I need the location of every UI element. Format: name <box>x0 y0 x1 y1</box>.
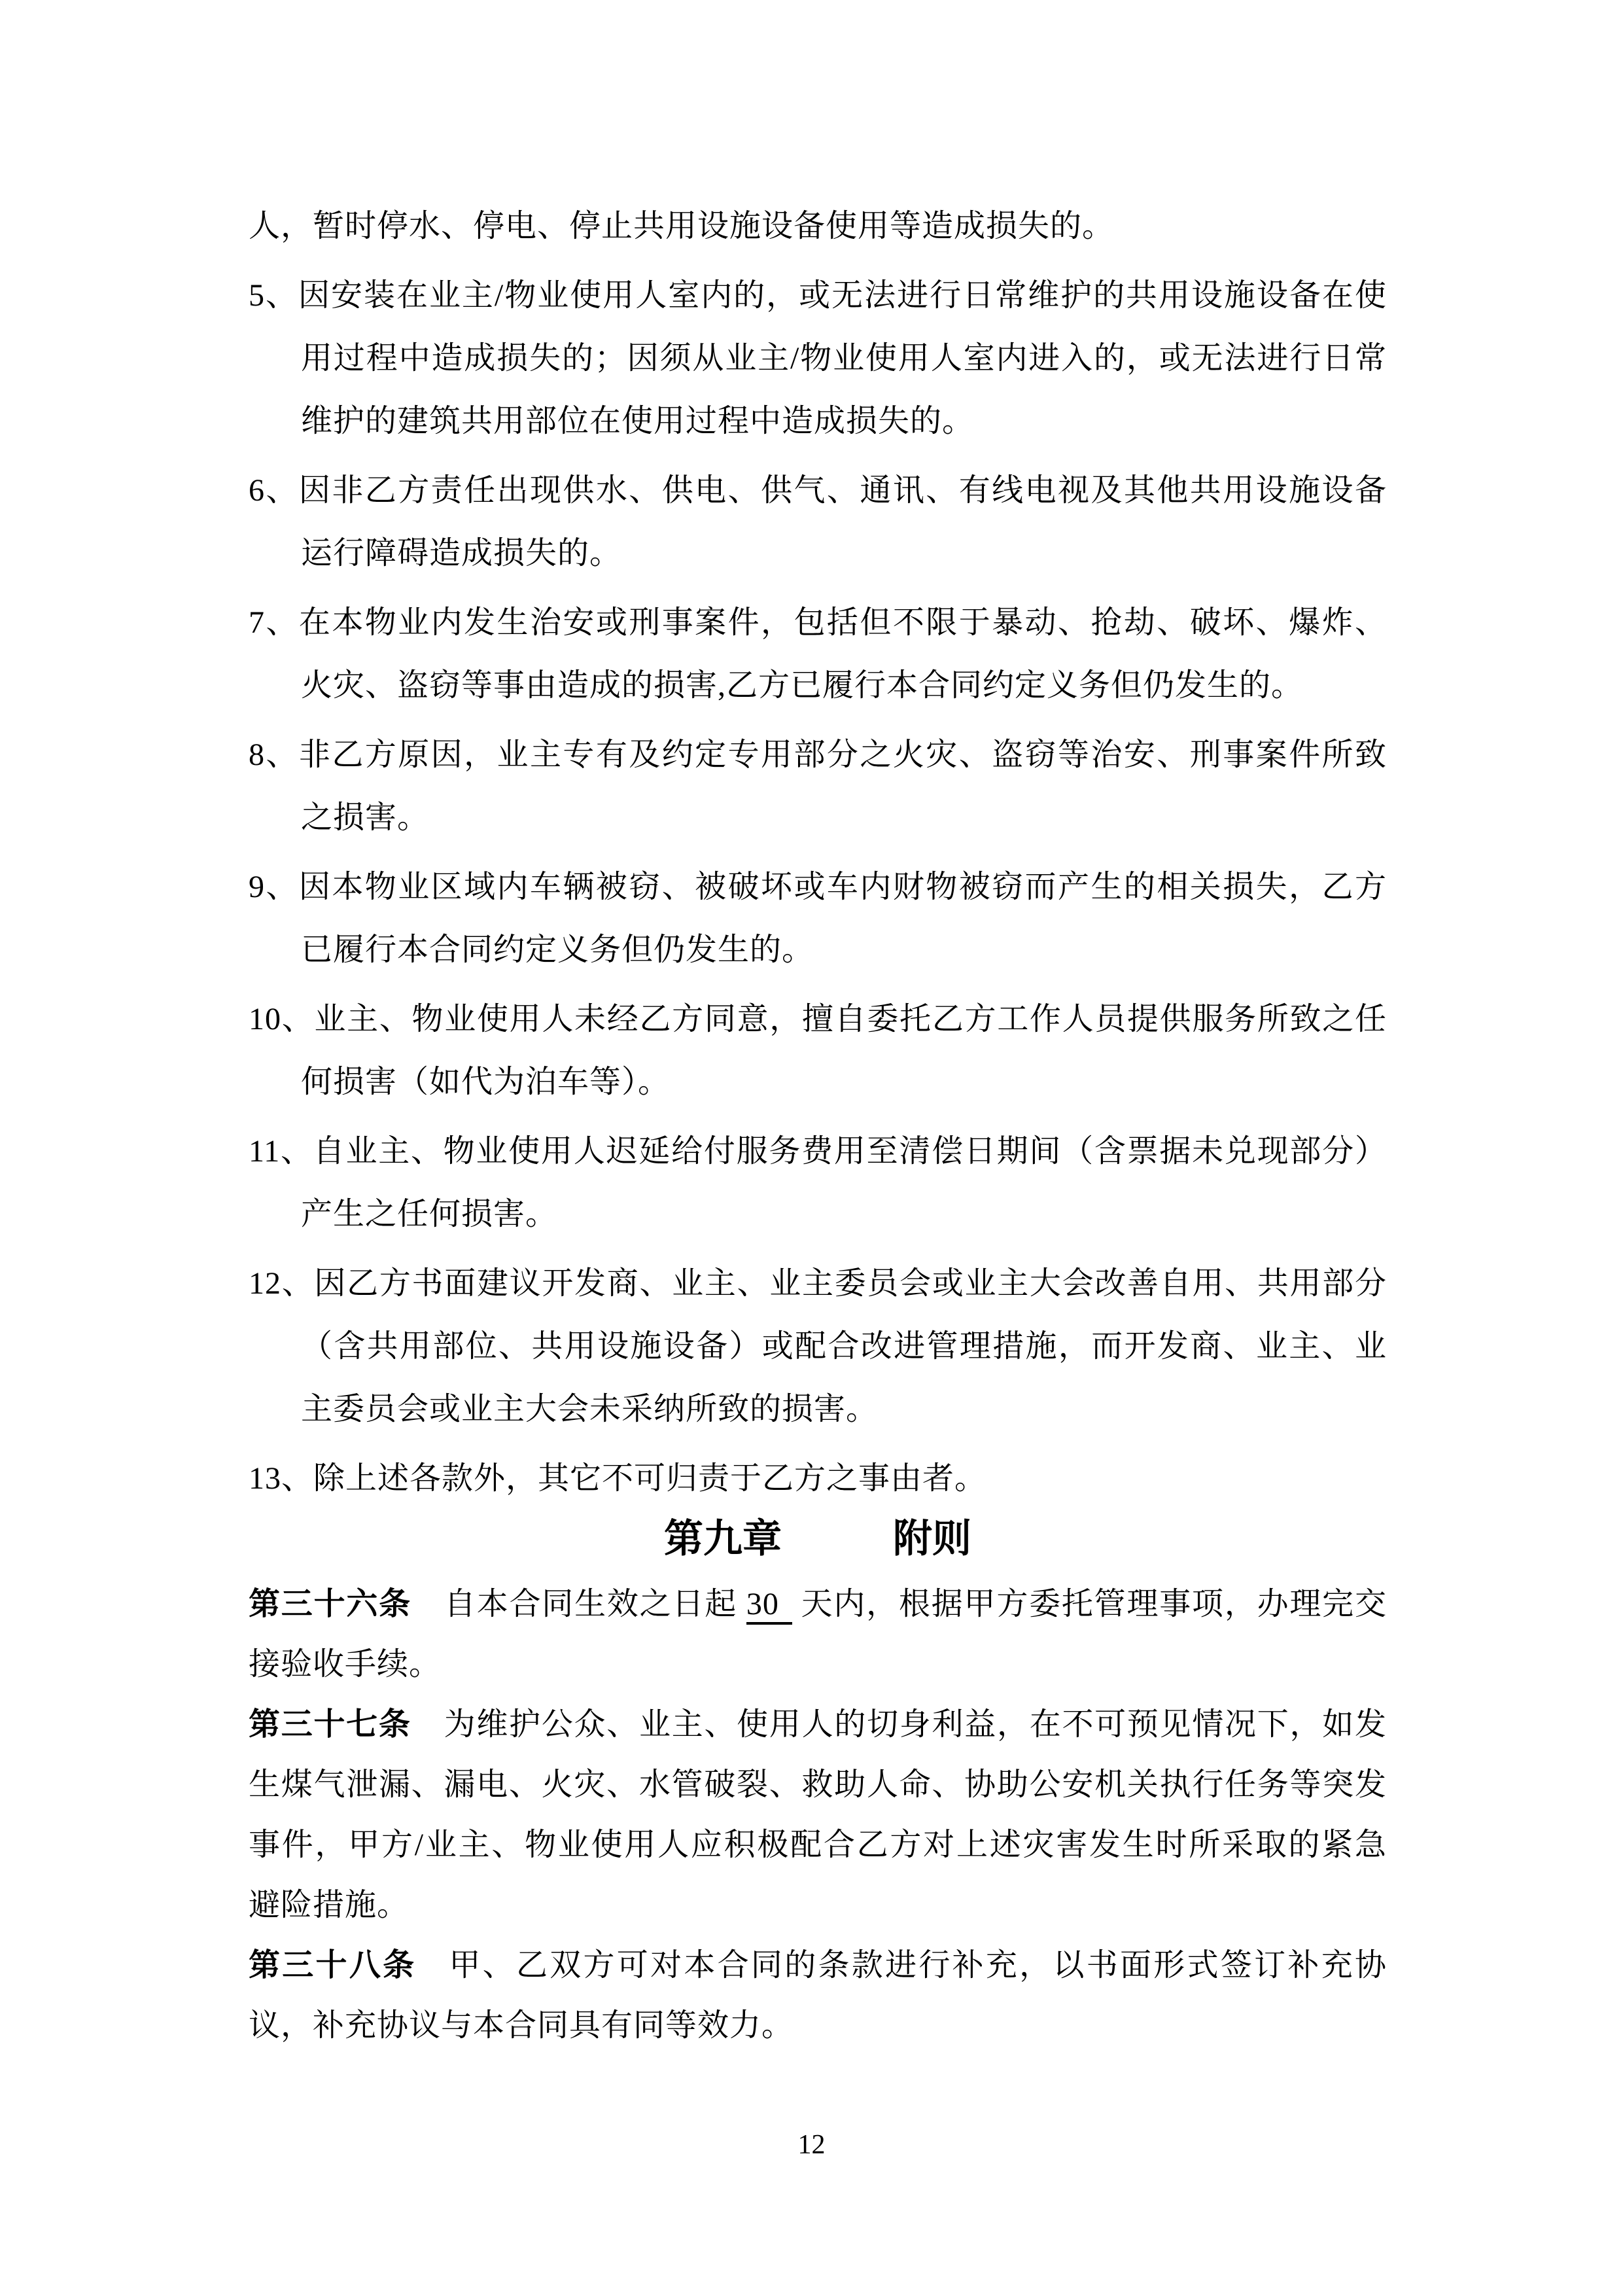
chapter-heading-text: 第九章 <box>664 1517 782 1561</box>
list-item: 13、除上述各款外，其它不可归责于乙方之事由者。 <box>249 1447 1387 1510</box>
article-paragraph: 第三十六条自本合同生效之日起 30 天内，根据甲方委托管理事项，办理完交接验收手… <box>249 1574 1387 1695</box>
text-segment: 避险措施。 <box>249 1888 409 1922</box>
article-term: 第三十六条 <box>249 1587 411 1621</box>
article-term: 第三十七条 <box>249 1707 411 1742</box>
text-segment: 火灾、盗窃等事由造成的损害,乙方已履行本合同约定义务但仍发生的。 <box>301 668 1303 703</box>
list-item: 8、非乙方原因，业主专有及约定专用部分之火灾、盗窃等治安、刑事案件所致之损害。 <box>249 724 1387 849</box>
text-segment: 为维护公众、业主、使用人的切身利益，在不可预见情况下，如发 <box>444 1707 1387 1742</box>
text-line: 事件，甲方/业主、物业使用人应积极配合乙方对上述灾害发生时所采取的紧急 <box>249 1815 1387 1875</box>
text-segment: 何损害（如代为泊车等）。 <box>301 1065 670 1099</box>
text-line: 7、在本物业内发生治安或刑事案件，包括但不限于暴动、抢劫、破坏、爆炸、 <box>249 592 1387 654</box>
continuation-paragraph: 人，暂时停水、停电、停止共用设施设备使用等造成损失的。 <box>249 195 1387 258</box>
text-segment: 因非乙方责任出现供水、供电、供气、通讯、有线电视及其他共用设施设备 <box>299 473 1387 508</box>
text-segment: 接验收手续。 <box>249 1647 441 1682</box>
text-segment: 因乙方书面建议开发商、业主、业主委员会或业主大会改善自用、共用部分 <box>314 1266 1387 1301</box>
text-segment: 除上述各款外，其它不可归责于乙方之事由者。 <box>313 1461 986 1496</box>
text-line: 11、自业主、物业使用人迟延给付服务费用至清偿日期间（含票据未兑现部分） <box>249 1120 1387 1183</box>
chapter-heading-text: 附则 <box>893 1517 971 1561</box>
item-number: 5、 <box>249 278 298 313</box>
text-line: 第三十七条为维护公众、业主、使用人的切身利益，在不可预见情况下，如发 <box>249 1695 1387 1755</box>
item-number: 6、 <box>249 473 299 508</box>
item-number: 13、 <box>249 1461 313 1496</box>
document-body: 人，暂时停水、停电、停止共用设施设备使用等造成损失的。5、因安装在业主/物业使用… <box>249 195 1387 2056</box>
list-item: 6、因非乙方责任出现供水、供电、供气、通讯、有线电视及其他共用设施设备运行障碍造… <box>249 459 1387 585</box>
text-line: 生煤气泄漏、漏电、火灾、水管破裂、救助人命、协助公安机关执行任务等突发 <box>249 1755 1387 1815</box>
text-segment: 天内，根据甲方委托管理事项，办理完交 <box>792 1587 1387 1621</box>
text-segment: 运行障碍造成损失的。 <box>301 536 621 571</box>
article-term: 第三十八条 <box>249 1948 416 1983</box>
text-segment: 议，补充协议与本合同具有同等效力。 <box>249 2008 794 2043</box>
item-number: 9、 <box>249 870 299 904</box>
list-item: 10、业主、物业使用人未经乙方同意，擅自委托乙方工作人员提供服务所致之任何损害（… <box>249 988 1387 1114</box>
text-segment: 甲、乙双方可对本合同的条款进行补充，以书面形式签订补充协 <box>449 1948 1387 1983</box>
text-segment: 之损害。 <box>301 800 429 835</box>
text-line: 接验收手续。 <box>249 1634 1387 1695</box>
text-line: 避险措施。 <box>249 1875 1387 1935</box>
text-line: 议，补充协议与本合同具有同等效力。 <box>249 1996 1387 2056</box>
item-number: 10、 <box>249 1002 314 1036</box>
page-number: 12 <box>0 2128 1623 2162</box>
text-line: 之损害。 <box>249 786 1387 849</box>
text-line: 何损害（如代为泊车等）。 <box>249 1051 1387 1114</box>
text-segment: 人，暂时停水、停电、停止共用设施设备使用等造成损失的。 <box>249 209 1114 243</box>
text-segment: 已履行本合同约定义务但仍发生的。 <box>301 932 814 967</box>
document-page: 人，暂时停水、停电、停止共用设施设备使用等造成损失的。5、因安装在业主/物业使用… <box>0 0 1623 2296</box>
text-line: 第三十六条自本合同生效之日起 30 天内，根据甲方委托管理事项，办理完交 <box>249 1574 1387 1634</box>
text-line: 8、非乙方原因，业主专有及约定专用部分之火灾、盗窃等治安、刑事案件所致 <box>249 724 1387 786</box>
text-line: 产生之任何损害。 <box>249 1183 1387 1246</box>
chapter-heading: 第九章附则 <box>249 1517 1387 1561</box>
list-item: 7、在本物业内发生治安或刑事案件，包括但不限于暴动、抢劫、破坏、爆炸、火灾、盗窃… <box>249 592 1387 717</box>
article-paragraph: 第三十七条为维护公众、业主、使用人的切身利益，在不可预见情况下，如发生煤气泄漏、… <box>249 1695 1387 1935</box>
text-line: 已履行本合同约定义务但仍发生的。 <box>249 919 1387 981</box>
text-segment: 自本合同生效之日起 <box>444 1587 746 1621</box>
item-number: 11、 <box>249 1134 313 1169</box>
text-segment: 主委员会或业主大会未采纳所致的损害。 <box>301 1392 878 1426</box>
text-segment: 业主、物业使用人未经乙方同意，擅自委托乙方工作人员提供服务所致之任 <box>314 1002 1387 1036</box>
list-item: 5、因安装在业主/物业使用人室内的，或无法进行日常维护的共用设施设备在使用过程中… <box>249 264 1387 453</box>
text-segment: 在本物业内发生治安或刑事案件，包括但不限于暴动、抢劫、破坏、爆炸、 <box>299 605 1387 640</box>
text-segment: （含共用部位、共用设施设备）或配合改进管理措施，而开发商、业主、业 <box>301 1329 1387 1364</box>
text-line: 10、业主、物业使用人未经乙方同意，擅自委托乙方工作人员提供服务所致之任 <box>249 988 1387 1051</box>
text-line: 维护的建筑共用部位在使用过程中造成损失的。 <box>249 390 1387 453</box>
text-line: （含共用部位、共用设施设备）或配合改进管理措施，而开发商、业主、业 <box>249 1315 1387 1378</box>
text-segment: 自业主、物业使用人迟延给付服务费用至清偿日期间（含票据未兑现部分） <box>313 1134 1387 1169</box>
underlined-value: 30 <box>746 1587 792 1625</box>
text-segment: 因安装在业主/物业使用人室内的，或无法进行日常维护的共用设施设备在使 <box>298 278 1387 313</box>
text-line: 5、因安装在业主/物业使用人室内的，或无法进行日常维护的共用设施设备在使 <box>249 264 1387 327</box>
list-item: 12、因乙方书面建议开发商、业主、业主委员会或业主大会改善自用、共用部分（含共用… <box>249 1252 1387 1441</box>
text-line: 第三十八条甲、乙双方可对本合同的条款进行补充，以书面形式签订补充协 <box>249 1935 1387 1996</box>
text-line: 用过程中造成损失的；因须从业主/物业使用人室内进入的，或无法进行日常 <box>249 327 1387 390</box>
text-segment: 生煤气泄漏、漏电、火灾、水管破裂、救助人命、协助公安机关执行任务等突发 <box>249 1767 1387 1802</box>
text-segment: 用过程中造成损失的；因须从业主/物业使用人室内进入的，或无法进行日常 <box>301 341 1387 376</box>
text-line: 13、除上述各款外，其它不可归责于乙方之事由者。 <box>249 1447 1387 1510</box>
text-segment: 非乙方原因，业主专有及约定专用部分之火灾、盗窃等治安、刑事案件所致 <box>299 737 1387 772</box>
text-line: 6、因非乙方责任出现供水、供电、供气、通讯、有线电视及其他共用设施设备 <box>249 459 1387 522</box>
list-item: 11、自业主、物业使用人迟延给付服务费用至清偿日期间（含票据未兑现部分）产生之任… <box>249 1120 1387 1246</box>
text-line: 12、因乙方书面建议开发商、业主、业主委员会或业主大会改善自用、共用部分 <box>249 1252 1387 1315</box>
text-segment: 维护的建筑共用部位在使用过程中造成损失的。 <box>301 404 974 438</box>
text-line: 运行障碍造成损失的。 <box>249 522 1387 585</box>
text-segment: 因本物业区域内车辆被窃、被破坏或车内财物被窃而产生的相关损失，乙方 <box>299 870 1387 904</box>
item-number: 7、 <box>249 605 299 640</box>
text-line: 火灾、盗窃等事由造成的损害,乙方已履行本合同约定义务但仍发生的。 <box>249 654 1387 717</box>
text-line: 主委员会或业主大会未采纳所致的损害。 <box>249 1378 1387 1441</box>
article-paragraph: 第三十八条甲、乙双方可对本合同的条款进行补充，以书面形式签订补充协议，补充协议与… <box>249 1935 1387 2056</box>
text-segment: 事件，甲方/业主、物业使用人应积极配合乙方对上述灾害发生时所采取的紧急 <box>249 1828 1387 1862</box>
text-line: 人，暂时停水、停电、停止共用设施设备使用等造成损失的。 <box>249 195 1387 258</box>
item-number: 12、 <box>249 1266 314 1301</box>
item-number: 8、 <box>249 737 299 772</box>
list-item: 9、因本物业区域内车辆被窃、被破坏或车内财物被窃而产生的相关损失，乙方已履行本合… <box>249 856 1387 981</box>
text-segment: 产生之任何损害。 <box>301 1197 557 1231</box>
text-line: 9、因本物业区域内车辆被窃、被破坏或车内财物被窃而产生的相关损失，乙方 <box>249 856 1387 919</box>
